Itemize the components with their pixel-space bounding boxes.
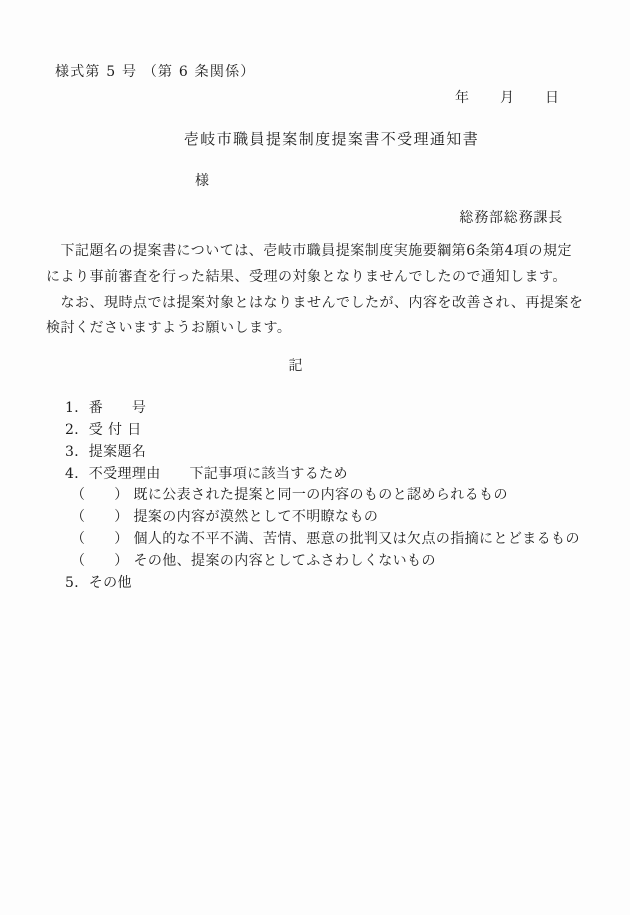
body-paragraphs: 下記題名の提案書については、壱岐市職員提案制度実施要綱第6条第4項の規定により事… bbox=[46, 239, 585, 342]
list-item: 4．不受理理由 下記事項に該当するため bbox=[46, 464, 585, 486]
form-number-line: 様式第 5 号 （第 6 条関係） bbox=[46, 64, 585, 80]
record-marker: 記 bbox=[46, 358, 585, 374]
body-line: なお、現時点では提案対象とはなりませんでしたが、内容を改善され、再提案を bbox=[46, 291, 585, 317]
date-line: 年 月 日 bbox=[46, 90, 585, 106]
sender-title-line: 総務部総務課長 bbox=[46, 210, 585, 226]
list-item: （ ） 個人的な不平不満、苦情、悪意の批判又は欠点の指摘にとどまるもの bbox=[46, 529, 585, 551]
list-item: 3．提案題名 bbox=[46, 442, 585, 464]
document-page: 様式第 5 号 （第 6 条関係） 年 月 日 壱岐市職員提案制度提案書不受理通… bbox=[0, 0, 630, 915]
list-item: 1．番 号 bbox=[46, 398, 585, 420]
document-title: 壱岐市職員提案制度提案書不受理通知書 bbox=[46, 131, 585, 147]
body-line: により事前審査を行った結果、受理の対象となりませんでしたので通知します。 bbox=[46, 265, 585, 291]
list-item: （ ） その他、提案の内容としてふさわしくないもの bbox=[46, 551, 585, 573]
list-item: 5．その他 bbox=[46, 573, 585, 595]
list-item: 2．受 付 日 bbox=[46, 420, 585, 442]
body-line: 検討くださいますようお願いします。 bbox=[46, 316, 585, 342]
list-item: （ ） 既に公表された提案と同一の内容のものと認められるもの bbox=[46, 485, 585, 507]
list-item: （ ） 提案の内容が漠然として不明瞭なもの bbox=[46, 507, 585, 529]
body-line: 下記題名の提案書については、壱岐市職員提案制度実施要綱第6条第4項の規定 bbox=[46, 239, 585, 265]
item-list: 1．番 号2．受 付 日3．提案題名4．不受理理由 下記事項に該当するため（ ）… bbox=[46, 398, 585, 594]
addressee-line: 様 bbox=[46, 173, 585, 189]
